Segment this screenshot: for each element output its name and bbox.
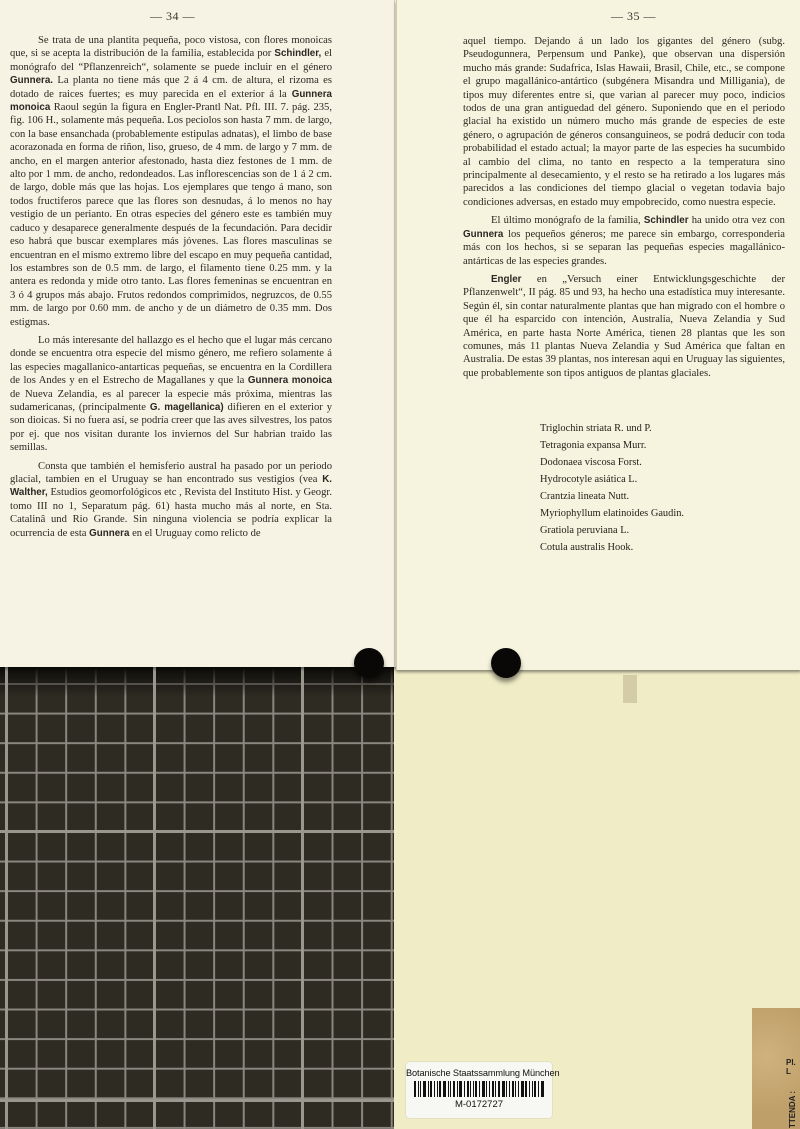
species-item: Gratiola peruviana L. [540, 522, 684, 539]
species-item: Crantzia lineata Nutt. [540, 488, 684, 505]
bold-term: Schindler [644, 215, 689, 226]
barcode-label: Botanische Staatssammlung München M-0172… [406, 1062, 552, 1118]
paragraph: Consta que también el hemisferio austral… [10, 460, 332, 540]
grid-board [0, 667, 394, 1129]
specimen-code: M-0172727 [406, 1099, 552, 1110]
page-divider [394, 0, 395, 667]
species-list: Triglochin striata R. und P. Tetragonia … [540, 420, 684, 556]
page-35: — 35 — aquel tiempo. Dejando á un lado l… [396, 0, 800, 670]
page-35-text: aquel tiempo. Dejando á un lado los giga… [463, 35, 785, 385]
bold-term: G. magellanica) [150, 402, 224, 413]
grid-major-line [153, 667, 156, 1129]
bold-term: Gunnera [463, 229, 503, 240]
paragraph: Se trata de una plantita pequeña, poco v… [10, 34, 332, 329]
paragraph: Lo más interesante del hallazgo es el he… [10, 334, 332, 455]
paragraph: Engler en „Versuch einer Entwicklungsges… [463, 273, 785, 380]
bold-term: Gunnera. [10, 75, 53, 86]
bold-term: Gunnera [89, 528, 129, 539]
page-number: — 35 — [611, 9, 656, 24]
institution-name: Botanische Staatssammlung München [406, 1068, 552, 1078]
envelope-vertical-text: TTENDA : [788, 1091, 797, 1128]
bold-term: Gunnera monoica [248, 375, 332, 386]
grid-major-line [5, 667, 8, 1129]
mounting-clip-icon [354, 648, 384, 678]
bold-term: Schindler, [274, 48, 321, 59]
species-item: Triglochin striata R. und P. [540, 420, 684, 437]
grid-major-line [301, 667, 304, 1129]
paragraph: El último monógrafo de la familia, Schin… [463, 214, 785, 268]
envelope-label: Pl. L [786, 1058, 800, 1076]
page-34: — 34 — Se trata de una plantita pequeña,… [0, 0, 396, 667]
species-item: Hydrocotyle asiática L. [540, 471, 684, 488]
bold-term: Engler [491, 274, 522, 285]
species-item: Tetragonia expansa Murr. [540, 437, 684, 454]
paragraph: aquel tiempo. Dejando á un lado los giga… [463, 35, 785, 209]
page-number: — 34 — [150, 9, 195, 24]
page-34-text: Se trata de una plantita pequeña, poco v… [10, 34, 332, 545]
specimen-envelope: Pl. L TTENDA : [752, 1008, 800, 1129]
grid-major-line [0, 830, 394, 833]
barcode-icon [414, 1081, 544, 1097]
species-item: Myriophyllum elatinoides Gaudin. [540, 505, 684, 522]
tape-strip [623, 675, 637, 703]
mounting-clip-icon [491, 648, 521, 678]
herbarium-sheet: — 34 — Se trata de una plantita pequeña,… [0, 0, 800, 1129]
species-item: Dodonaea viscosa Forst. [540, 454, 684, 471]
grid-major-line [0, 1099, 394, 1102]
species-item: Cotula australis Hook. [540, 539, 684, 556]
